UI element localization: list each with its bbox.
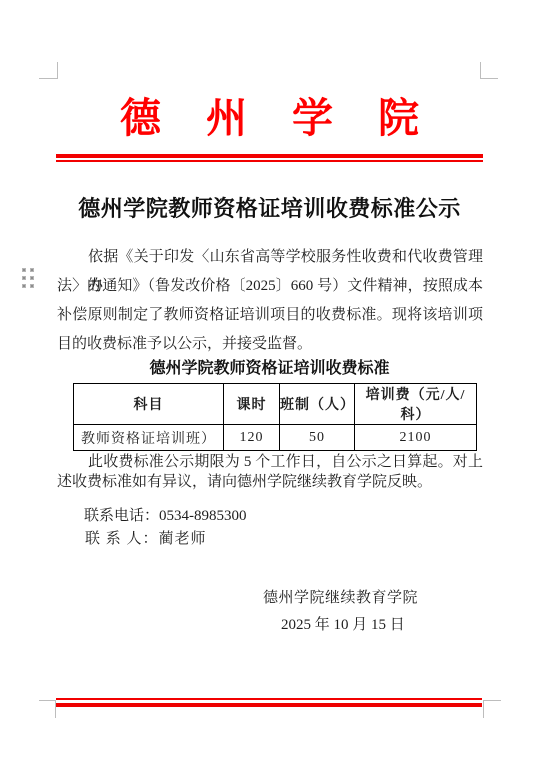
paragraph-handle-dots <box>22 268 34 288</box>
fee-table-cell-class-size: 50 <box>280 425 355 451</box>
paragraph-line: 依据《关于印发〈山东省高等学校服务性收费和代收费管理办 <box>57 243 483 272</box>
fee-table-header-cell: 课时 <box>224 384 280 425</box>
fee-table-cell-hours: 120 <box>224 425 280 451</box>
fee-table-header-cell: 培训费（元/人/科） <box>355 384 477 425</box>
fee-table-header-row: 科目 课时 班制（人） 培训费（元/人/科） <box>74 384 477 425</box>
footer-double-rule <box>56 698 482 707</box>
document-page: 德州学院 德州学院教师资格证培训收费标准公示 依据《关于印发〈山东省高等学校服务… <box>0 0 539 773</box>
handle-dot <box>30 268 34 272</box>
signature-date: 2025 年 10 月 15 日 <box>281 613 405 634</box>
handle-dot <box>22 284 26 288</box>
handle-dot <box>30 276 34 280</box>
paragraph-line: 补偿原则制定了教师资格证培训项目的收费标准。现将该培训项 <box>57 301 483 330</box>
paragraph-line: 法〉的通知》（鲁发改价格〔2025〕660 号）文件精神，按照成本 <box>57 272 483 301</box>
crop-mark-bottom-left <box>39 700 56 718</box>
letterhead-double-rule <box>56 154 483 162</box>
contact-person-line: 联 系 人：蔺老师 <box>85 529 207 549</box>
paragraph-line: 述收费标准如有异议，请向德州学院继续教育学院反映。 <box>57 472 483 492</box>
fee-table-cell-fee: 2100 <box>355 425 477 451</box>
crop-mark-top-right <box>480 62 498 79</box>
fee-table-header-cell: 班制（人） <box>280 384 355 425</box>
handle-dot <box>30 284 34 288</box>
handle-dot <box>22 268 26 272</box>
fee-table-caption: 德州学院教师资格证培训收费标准 <box>0 355 539 378</box>
crop-mark-top-left <box>39 62 58 79</box>
fee-table-data-row: 教师资格证培训班） 120 50 2100 <box>74 425 477 451</box>
fee-table-header-cell: 科目 <box>74 384 224 425</box>
letterhead-school-name: 德州学院 <box>0 85 539 144</box>
crop-mark-bottom-right <box>483 700 501 718</box>
signature-organization: 德州学院继续教育学院 <box>263 586 418 607</box>
paragraph-line: 此收费标准公示期限为 5 个工作日，自公示之日算起。对上 <box>57 452 483 472</box>
handle-dot <box>22 276 26 280</box>
fee-table-cell-subject: 教师资格证培训班） <box>74 425 224 451</box>
contact-phone-line: 联系电话：0534-8985300 <box>84 506 247 526</box>
intro-paragraph: 依据《关于印发〈山东省高等学校服务性收费和代收费管理办 法〉的通知》（鲁发改价格… <box>57 243 483 359</box>
notice-paragraph: 此收费标准公示期限为 5 个工作日，自公示之日算起。对上 述收费标准如有异议，请… <box>57 452 483 492</box>
fee-table: 科目 课时 班制（人） 培训费（元/人/科） 教师资格证培训班） 120 50 … <box>73 383 477 451</box>
document-title: 德州学院教师资格证培训收费标准公示 <box>0 192 539 223</box>
